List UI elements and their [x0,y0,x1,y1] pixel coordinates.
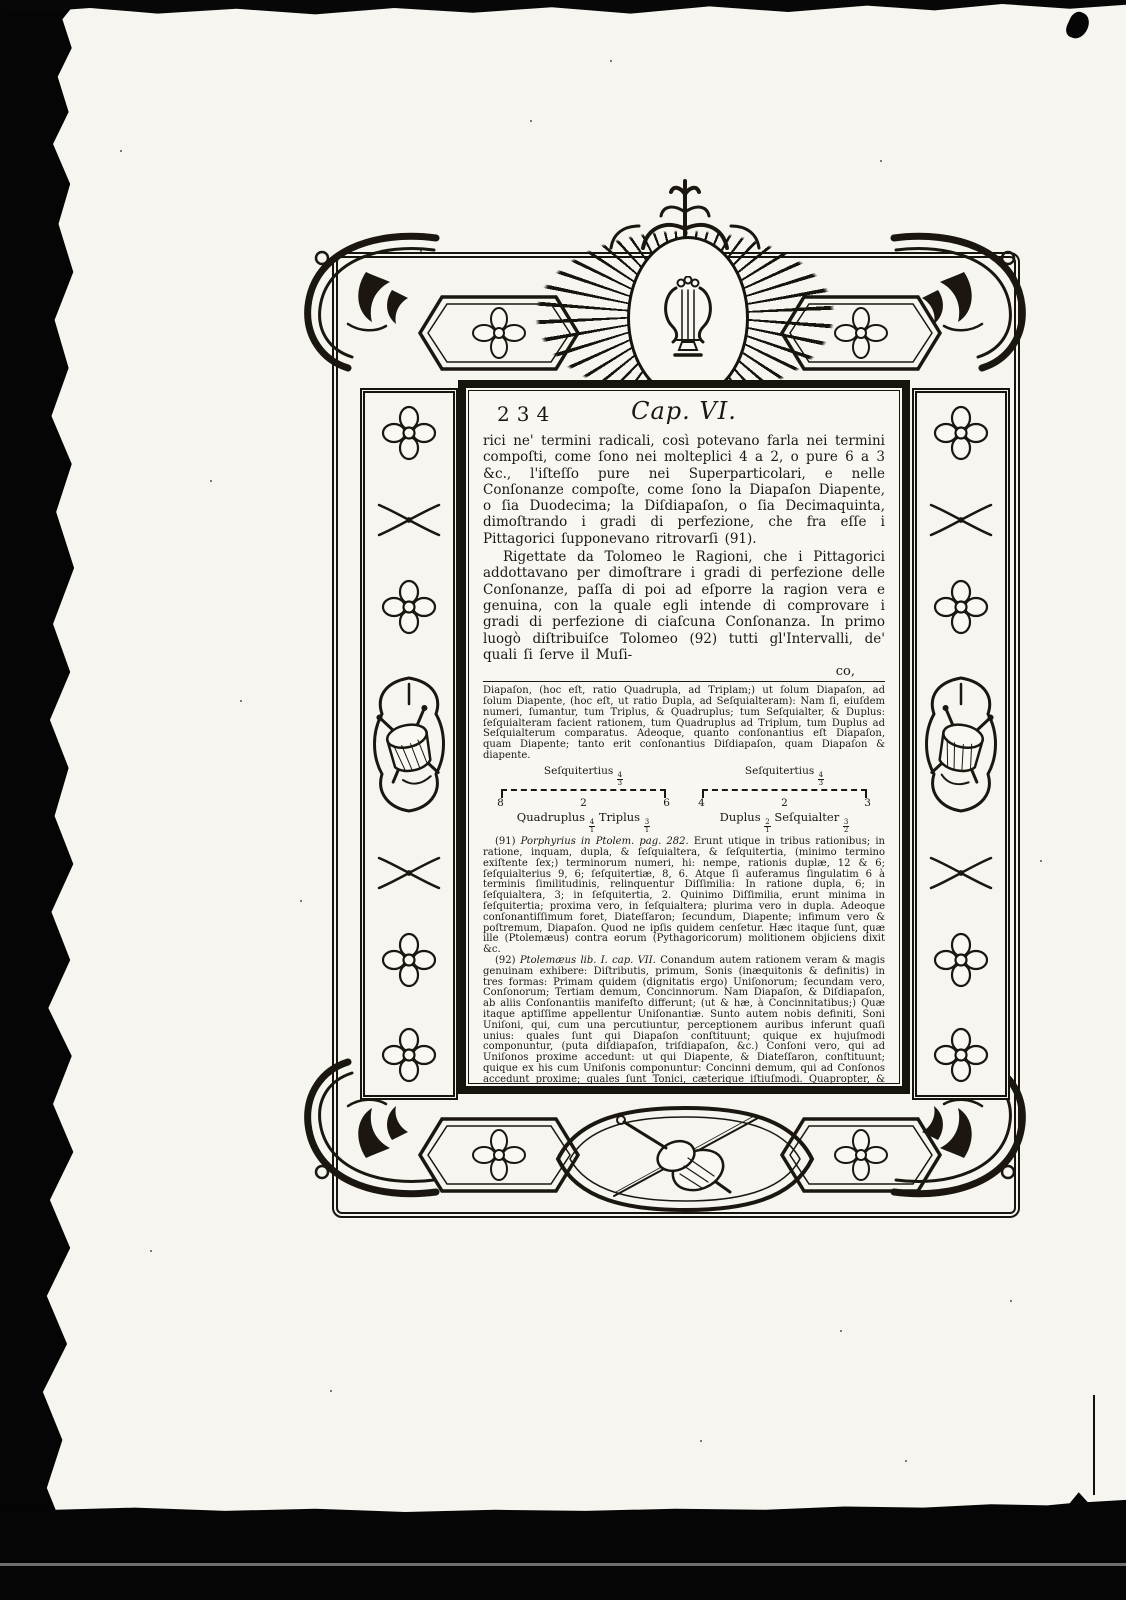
scanner-bed-line [0,1563,1126,1566]
left-border-band [360,388,458,1100]
crossed-leaf-icon [926,500,996,540]
diagram-title: Seſquitertius 43 [544,766,623,787]
crossed-leaf-icon [926,853,996,893]
chapter-heading: Cap. VI. [483,397,885,425]
scan-edge-left [0,0,78,1600]
quatrefoil-rosette-icon [933,405,989,461]
lyre-icon [658,276,718,360]
scan-hairline [1093,1395,1095,1495]
quatrefoil-rosette-icon [933,579,989,635]
footnote-label: (91) [495,836,516,847]
quatrefoil-rosette-icon [381,932,437,988]
footnote-text: Erunt utique in tribus rationibus; in ra… [483,836,885,955]
footnote-91: (91) Porphyrius in Ptolem. pag. 282. Eru… [483,837,885,956]
crossed-leaf-icon [374,500,444,540]
fraction: 43 [617,772,623,787]
top-center-ornament [518,178,852,408]
violin-and-bow-icon [548,1100,822,1218]
footnote-separator [483,681,885,682]
fraction: 31 [644,819,650,834]
footnote-continuation: Diapaſon, (hoc eſt, ratio Quadrupla, ad … [483,686,885,762]
text-frame: 234 Cap. VI. rici ne' termini radicali, … [458,380,910,1094]
fraction: 21 [764,819,770,834]
ratio-diagram-left: Seſquitertius 43 8 2 6 Quadruplus 41 [483,766,684,835]
footnote-92: (92) Ptolemæus lib. I. cap. VII. Conandu… [483,956,885,1084]
page-content: 234 Cap. VI. rici ne' termini radicali, … [468,390,900,1084]
ratio-diagram-right: Seſquitertius 43 4 2 3 Duplus 21 Seſq [684,766,885,835]
footnotes: Diapaſon, (hoc eſt, ratio Quadrupla, ad … [483,686,885,1084]
drum-cartouche-icon [918,674,1004,814]
diagram-title: Seſquitertius 43 [745,766,824,787]
diagram-numbers: 4 2 3 [698,798,871,810]
fraction: 41 [589,819,595,834]
running-head: 234 Cap. VI. [483,397,885,433]
right-border-band [912,388,1010,1100]
quatrefoil-rosette-icon [381,1027,437,1083]
diagram-caption: Duplus 21 Seſquialter 32 [720,811,850,834]
drum-cartouche-icon [366,674,452,814]
crossed-leaf-icon [374,853,444,893]
bottom-center-ornament [548,1100,822,1218]
quatrefoil-rosette-icon [381,579,437,635]
diagram-numbers: 8 2 6 [497,798,670,810]
footnote-citation: Porphyrius in Ptolem. pag. 282. [521,836,689,847]
scan-edge-bottom [0,1490,1126,1600]
lyre-medallion [627,236,749,400]
ink-blot-top-right [1063,9,1092,42]
paragraph: rici ne' termini radicali, così potevano… [483,433,885,547]
quatrefoil-rosette-icon [933,932,989,988]
footnote-text: Conandum autem rationem veram & magis ge… [483,955,885,1084]
footnote-label: (92) [495,955,516,966]
scan-edge-top [0,0,1126,16]
fraction: 32 [843,819,849,834]
quatrefoil-rosette-icon [933,1027,989,1083]
paragraph: Rigettate da Tolomeo le Ragioni, che i P… [483,549,885,663]
diagram-caption: Quadruplus 41 Triplus 31 [517,811,650,834]
footnote-citation: Ptolemæus lib. I. cap. VII. [520,955,656,966]
catchword: co, [483,664,885,679]
ratio-diagrams: Seſquitertius 43 8 2 6 Quadruplus 41 [483,766,885,835]
fraction: 43 [818,772,824,787]
scanned-book-page: 234 Cap. VI. rici ne' termini radicali, … [0,0,1126,1600]
quatrefoil-rosette-icon [381,405,437,461]
main-text: rici ne' termini radicali, così potevano… [483,433,885,679]
